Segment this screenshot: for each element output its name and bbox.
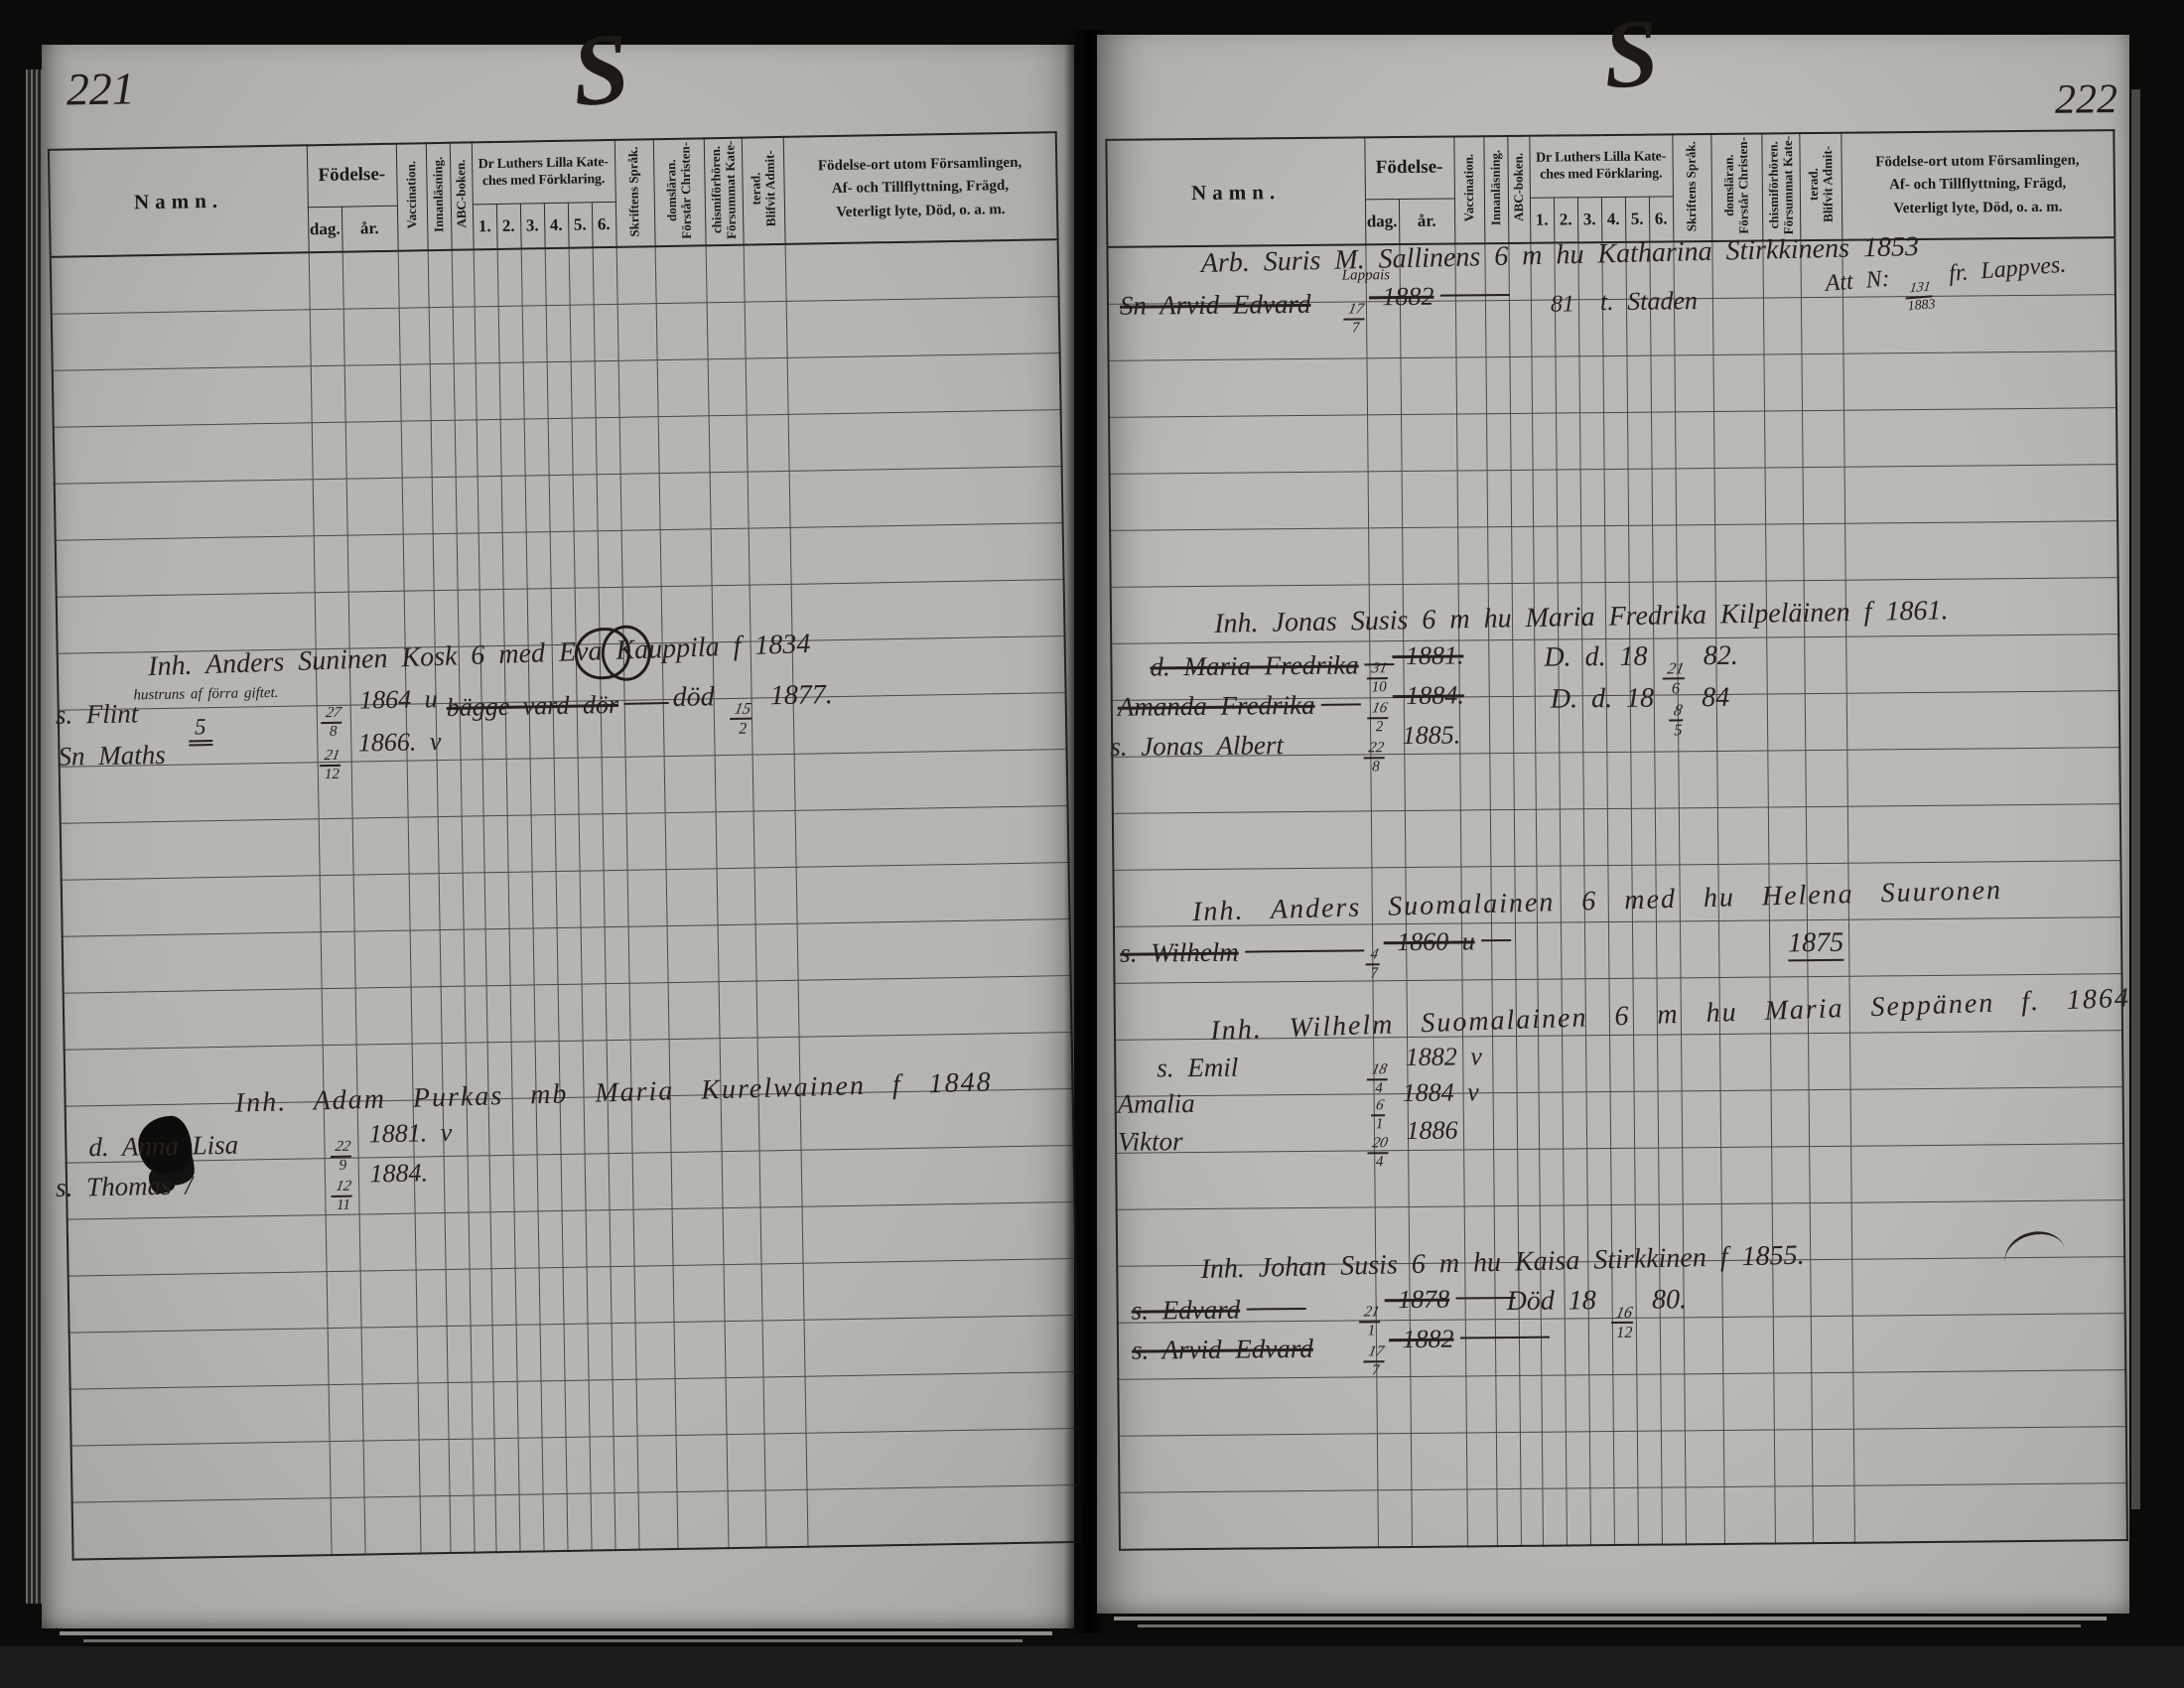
cell-forsummat	[1765, 524, 1804, 581]
cell-vaccination	[406, 704, 437, 762]
cell-k1	[474, 249, 498, 307]
cell-forsummat	[1764, 411, 1803, 468]
cell-k4	[1612, 1318, 1637, 1374]
cell-k4	[558, 984, 583, 1041]
cell-forstar	[1723, 1430, 1775, 1486]
cell-k5	[574, 531, 599, 588]
table-row	[1108, 295, 2116, 361]
cell-k3	[1581, 583, 1606, 639]
cell-k4	[556, 871, 581, 927]
cell-dag	[1365, 244, 1400, 302]
cell-k1	[1542, 1432, 1567, 1488]
cell-skrift	[628, 926, 668, 984]
cell-k6	[603, 813, 627, 870]
cell-vaccination	[1461, 923, 1492, 980]
cell-dag	[327, 1271, 361, 1329]
cell-k5	[1628, 469, 1653, 525]
cell-k6	[1649, 241, 1674, 299]
cell-namn	[1116, 1094, 1375, 1153]
section-letter: S	[1600, 0, 1661, 111]
table-row	[1111, 634, 2119, 701]
cell-k3	[1586, 1092, 1611, 1149]
cell-skrift	[1680, 920, 1719, 977]
cell-forsummat	[710, 472, 749, 529]
cell-k2	[1560, 866, 1584, 922]
cell-skrift	[1678, 694, 1717, 751]
cell-dag	[1370, 755, 1405, 811]
cell-k4	[562, 1210, 587, 1267]
cell-k2	[1555, 300, 1579, 356]
cell-dag	[324, 1101, 358, 1159]
cell-innanlasning	[437, 760, 462, 816]
column-header-fodelse: Födelse-	[1364, 137, 1454, 200]
cell-k6	[608, 1096, 632, 1153]
column-header-skriftens-sprak: Skriftens Språk.	[614, 139, 655, 247]
cell-ort	[1853, 1427, 2127, 1486]
table-row	[1114, 917, 2122, 984]
cell-skrift	[1681, 1034, 1720, 1090]
cell-k6	[593, 247, 617, 305]
cell-k5	[585, 1154, 610, 1210]
cell-namn	[68, 1272, 328, 1334]
cell-ar	[361, 1327, 418, 1384]
cell-ort	[796, 863, 1070, 924]
cell-forstar	[671, 1152, 723, 1209]
cell-k1	[490, 1211, 515, 1268]
cell-skrift	[624, 700, 664, 758]
cell-ort	[1843, 295, 2116, 354]
cell-namn	[1113, 868, 1372, 926]
cell-innanlasning	[446, 1269, 471, 1326]
column-header-kateches-3: 3.	[520, 203, 545, 248]
cell-forsummat	[1772, 1203, 1811, 1260]
cell-abc	[466, 1043, 488, 1099]
cell-vaccination	[404, 591, 435, 648]
cell-skrift	[617, 304, 657, 361]
cell-vaccination	[1460, 810, 1491, 867]
cell-abc	[1520, 1432, 1543, 1488]
cell-k5	[581, 927, 606, 984]
cell-vaccination	[1457, 527, 1488, 584]
cell-k5	[570, 305, 595, 361]
cell-forsummat	[1768, 864, 1807, 920]
cell-namn	[1118, 1377, 1377, 1436]
cell-innanlasning	[1487, 470, 1512, 526]
cell-blifvit	[1808, 1033, 1850, 1089]
cell-abc	[464, 929, 486, 986]
cell-ort	[807, 1484, 1081, 1546]
cell-forstar	[664, 756, 716, 813]
cell-forstar	[658, 416, 710, 474]
cell-k2	[1566, 1432, 1590, 1488]
cell-k3	[523, 362, 548, 419]
cell-skrift	[1683, 1260, 1722, 1317]
cell-innanlasning	[431, 420, 456, 477]
cell-k2	[1564, 1205, 1588, 1262]
cell-k6	[1652, 469, 1677, 525]
cell-namn	[55, 480, 314, 541]
cell-namn	[59, 706, 318, 768]
register-page-left: 221 S Namn. Födelse- Vaccination.Innanlä…	[42, 45, 1074, 1628]
cell-k3	[525, 476, 550, 532]
cell-k5	[589, 1380, 614, 1437]
cell-dag	[1366, 302, 1401, 358]
cell-abc	[1517, 1092, 1540, 1149]
cell-forsummat	[707, 302, 746, 359]
cell-k4	[1606, 695, 1631, 752]
cell-k4	[565, 1380, 590, 1437]
cell-blifvit	[1806, 863, 1848, 919]
cell-k2	[505, 702, 530, 759]
cell-k2	[516, 1325, 541, 1381]
column-header-kateches-1: 1.	[1530, 198, 1554, 243]
cell-skrift	[1676, 525, 1715, 582]
cell-k2	[504, 645, 529, 702]
cell-k4	[1608, 921, 1633, 978]
cell-innanlasning	[1485, 356, 1510, 413]
cell-innanlasning	[1495, 1375, 1520, 1432]
cell-ar	[359, 1213, 416, 1271]
cell-ar	[352, 817, 409, 875]
cell-k2	[512, 1098, 537, 1155]
cell-ort	[787, 353, 1061, 415]
cell-abc	[465, 986, 487, 1043]
cell-vaccination	[416, 1270, 447, 1328]
cell-innanlasning	[1485, 300, 1510, 356]
cell-ar	[350, 704, 407, 762]
cell-k3	[535, 1042, 560, 1098]
cell-skrift	[629, 983, 669, 1041]
cell-skrift	[632, 1153, 672, 1210]
cell-blifvit	[751, 697, 794, 755]
cell-dag	[1368, 472, 1403, 528]
cell-k1	[1536, 809, 1561, 866]
cell-innanlasning	[428, 250, 453, 308]
cell-dag	[321, 931, 355, 989]
cell-innanlasning	[1484, 243, 1509, 301]
table-row	[1115, 1031, 2123, 1097]
page-stack-edge-bottom	[83, 1639, 1023, 1642]
table-row	[1119, 1427, 2127, 1493]
cell-k6	[600, 643, 624, 700]
cell-k4	[545, 248, 570, 306]
cell-innanlasning	[1490, 866, 1515, 922]
cell-k2	[509, 928, 534, 985]
cell-vaccination	[1466, 1433, 1497, 1489]
cell-ar	[1407, 980, 1463, 1038]
cell-ar	[345, 421, 402, 479]
cell-namn	[57, 593, 316, 654]
cell-k3	[536, 1098, 561, 1155]
cell-forstar	[1719, 1034, 1771, 1090]
cell-forstar	[656, 303, 708, 360]
cell-k3	[1583, 866, 1608, 922]
cell-blifvit	[1803, 523, 1845, 580]
cell-k4	[567, 1493, 592, 1551]
cell-k2	[1554, 242, 1578, 300]
cell-k3	[1579, 413, 1604, 470]
cell-blifvit	[1804, 636, 1846, 693]
cell-k3	[533, 928, 558, 985]
cell-innanlasning	[447, 1326, 472, 1382]
cell-ar	[1411, 1489, 1467, 1547]
cell-k4	[560, 1097, 585, 1154]
cell-k2	[498, 306, 523, 362]
cell-forstar	[665, 812, 717, 870]
cell-k3	[524, 419, 549, 476]
cell-forstar	[1720, 1090, 1772, 1147]
cell-k5	[1637, 1487, 1662, 1545]
cell-vaccination	[1462, 1037, 1493, 1093]
cell-forstar	[1711, 241, 1763, 299]
cell-k1	[1539, 1149, 1564, 1205]
cell-k3	[1580, 470, 1605, 526]
cell-k1	[492, 1325, 517, 1381]
cell-ort	[1845, 578, 2119, 637]
cell-k1	[475, 306, 499, 362]
cell-innanlasning	[433, 533, 458, 590]
cell-abc	[1511, 526, 1534, 583]
cell-ort	[1844, 465, 2118, 524]
cell-k6	[614, 1492, 639, 1550]
cell-skrift	[637, 1436, 677, 1493]
cell-forsummat	[706, 245, 745, 303]
cell-k2	[511, 1042, 536, 1098]
cell-k5	[582, 984, 607, 1041]
cell-ar	[1408, 1150, 1464, 1207]
cell-k6	[1656, 921, 1681, 978]
cell-ar	[357, 1100, 414, 1158]
cell-forstar	[670, 1095, 722, 1153]
cell-forstar	[1723, 1486, 1775, 1544]
cell-skrift	[635, 1323, 675, 1380]
cell-vaccination	[1464, 1263, 1495, 1320]
cell-forsummat	[1774, 1430, 1813, 1486]
cell-skrift	[1674, 299, 1713, 355]
cell-abc	[470, 1269, 492, 1326]
cell-forstar	[657, 359, 709, 417]
cell-skrift	[1673, 241, 1712, 299]
cell-skrift	[1675, 355, 1714, 412]
column-header-abc-boken: ABC-boken.	[450, 142, 474, 249]
cell-vaccination	[407, 761, 438, 818]
cell-k2	[1556, 413, 1580, 470]
cell-k4	[553, 701, 578, 758]
scanned-register-spread: 221 S Namn. Födelse- Vaccination.Innanlä…	[0, 0, 2184, 1688]
register-table: Namn. Födelse- Vaccination.Innanläsning.…	[48, 131, 1082, 1561]
cell-k6	[595, 360, 619, 417]
cell-k5	[1630, 752, 1655, 808]
cell-k3	[1586, 1149, 1611, 1205]
cell-namn	[1116, 1151, 1375, 1209]
cell-k4	[559, 1041, 584, 1097]
cell-k4	[1611, 1204, 1636, 1261]
cell-blifvit	[1809, 1089, 1851, 1146]
column-header-kateches: Dr Luthers Lilla Kate-ches med Förklarin…	[472, 140, 615, 205]
cell-k2	[514, 1211, 539, 1268]
cell-skrift	[630, 1040, 670, 1097]
cell-abc	[459, 646, 481, 703]
cell-dag	[315, 592, 349, 649]
cell-innanlasning	[435, 646, 460, 703]
cell-ort	[1844, 521, 2118, 581]
cell-abc	[1519, 1375, 1542, 1432]
cell-ort	[1850, 1144, 2124, 1203]
cell-vaccination	[403, 534, 434, 592]
cell-namn	[1111, 641, 1370, 700]
cell-blifvit	[751, 640, 793, 698]
cell-blifvit	[744, 244, 786, 302]
cell-k3	[528, 645, 553, 702]
cell-blifvit	[1802, 410, 1844, 467]
table-row	[1110, 521, 2118, 588]
cell-abc	[472, 1382, 494, 1439]
cell-blifvit	[1804, 580, 1846, 636]
cell-k2	[506, 759, 531, 815]
cell-k6	[1657, 978, 1682, 1035]
cell-abc	[471, 1326, 493, 1382]
cell-dag	[1369, 641, 1404, 698]
cell-ort	[794, 750, 1068, 811]
cell-ar	[355, 987, 412, 1045]
cell-skrift	[625, 757, 665, 814]
cell-k1	[481, 702, 506, 759]
cell-k3	[1587, 1262, 1612, 1319]
cell-forsummat	[725, 1321, 763, 1378]
cell-ar	[1403, 584, 1459, 641]
cell-skrift	[636, 1379, 676, 1437]
cell-forsummat	[726, 1377, 764, 1435]
cell-k4	[546, 305, 571, 361]
column-header-dag: dag.	[1365, 199, 1399, 244]
cell-blifvit	[761, 1263, 804, 1321]
cell-k2	[1564, 1262, 1588, 1319]
cell-blifvit	[753, 810, 796, 868]
page-stack-edge-bottom	[1138, 1624, 2081, 1627]
cell-k3	[539, 1267, 564, 1324]
cell-namn	[72, 1498, 332, 1560]
cell-abc	[468, 1156, 490, 1212]
cell-k6	[1658, 1091, 1683, 1148]
cell-k5	[1625, 242, 1650, 300]
cell-forstar	[669, 1039, 721, 1096]
cell-skrift	[627, 870, 667, 927]
cell-k3	[521, 248, 546, 306]
cell-skrift	[1679, 864, 1718, 920]
table-row	[1112, 691, 2120, 758]
cell-vaccination	[419, 1440, 450, 1497]
cell-dag	[329, 1384, 363, 1442]
cell-k6	[613, 1379, 637, 1436]
cell-k1	[494, 1438, 519, 1494]
column-header-namn: Namn.	[1106, 137, 1365, 246]
cell-ort	[791, 580, 1065, 641]
cell-k6	[611, 1266, 635, 1323]
table-row	[1109, 408, 2117, 475]
cell-k1	[1533, 526, 1558, 583]
cell-forstar	[661, 586, 713, 643]
cell-forsummat	[1771, 1090, 1810, 1147]
column-header-dag: dag.	[308, 207, 342, 253]
cell-abc	[1520, 1488, 1543, 1546]
cell-abc	[458, 590, 480, 646]
cell-k4	[1609, 1035, 1634, 1091]
cell-k1	[478, 532, 503, 589]
cell-namn	[1114, 924, 1373, 983]
cell-k5	[590, 1437, 614, 1493]
cell-ort	[1843, 352, 2117, 411]
cell-vaccination	[401, 421, 432, 479]
column-header-kateches-3: 3.	[1577, 197, 1601, 242]
cell-forsummat	[1774, 1486, 1813, 1544]
column-header-kateches: Dr Luthers Lilla Kate-ches med Förklarin…	[1529, 134, 1673, 197]
cell-innanlasning	[1493, 1092, 1518, 1149]
table-row	[1113, 804, 2121, 871]
cell-blifvit	[1812, 1429, 1854, 1485]
table-row	[1115, 974, 2123, 1041]
cell-ar	[354, 930, 411, 988]
cell-vaccination	[1463, 1150, 1494, 1206]
cell-forsummat	[722, 1151, 760, 1208]
cell-abc	[1513, 753, 1536, 809]
cell-k6	[610, 1209, 634, 1266]
cell-forsummat	[709, 415, 748, 473]
cell-k4	[547, 361, 572, 418]
cell-blifvit	[750, 584, 792, 641]
cell-innanlasning	[1494, 1262, 1519, 1319]
cell-innanlasning	[1494, 1205, 1519, 1262]
cell-k3	[529, 702, 554, 759]
cell-ar	[353, 874, 410, 931]
cell-ar	[358, 1157, 415, 1214]
cell-ar	[360, 1270, 417, 1328]
cell-k4	[548, 418, 573, 475]
cell-blifvit	[765, 1489, 808, 1547]
cell-blifvit	[1812, 1485, 1854, 1543]
cell-k5	[580, 871, 605, 927]
cell-k5	[1629, 582, 1654, 638]
cell-dag	[309, 252, 343, 310]
cell-k2	[1563, 1149, 1587, 1205]
cell-ort	[1848, 917, 2122, 977]
cell-forsummat	[1766, 581, 1805, 637]
cell-k6	[1653, 582, 1678, 638]
cell-blifvit	[752, 754, 795, 811]
cell-vaccination	[399, 308, 430, 365]
cell-vaccination	[1459, 697, 1490, 754]
cell-k4	[1607, 808, 1632, 865]
cell-k6	[1661, 1487, 1686, 1545]
column-header-forsummat-katechismiforhoren: Försummat Kate-chismiförhören.	[704, 138, 744, 246]
cell-k4	[566, 1437, 591, 1493]
cell-vaccination	[420, 1496, 451, 1554]
table-row	[1113, 861, 2121, 927]
cell-vaccination	[415, 1213, 446, 1271]
cell-abc	[461, 760, 483, 816]
cell-k1	[1537, 922, 1562, 979]
cell-abc	[1509, 300, 1532, 356]
cell-forsummat	[715, 755, 753, 812]
cell-k4	[552, 644, 577, 701]
cell-dag	[330, 1441, 364, 1498]
cell-namn	[65, 1046, 324, 1107]
cell-ort	[795, 806, 1069, 868]
cell-k5	[578, 758, 603, 814]
cell-k1	[483, 815, 508, 872]
column-header-ar: år.	[341, 206, 398, 252]
cell-k2	[1561, 922, 1585, 979]
cell-vaccination	[1459, 754, 1490, 810]
